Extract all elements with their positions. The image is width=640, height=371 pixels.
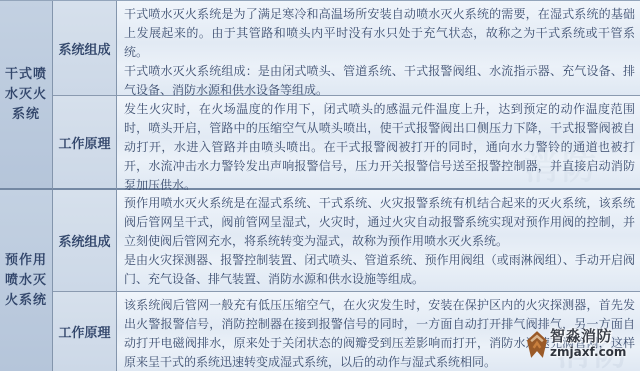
paragraph: 发生火灾时，在火场温度的作用下，闭式喷头的感温元件温度上升，达到预定的动作温度范… [124, 100, 635, 195]
paragraph: 干式喷水灭火系统是为了满足寒冷和高温场所安装自动喷水灭火系统的需要，在湿式系统的… [124, 5, 635, 62]
row-label-dry-composition: 系统组成 [53, 1, 117, 96]
system-name-preaction: 预作用喷水灭火系统 [4, 251, 48, 311]
paragraph: 是由火灾探测器、报警控制装置、闭式喷头、管道系统、预作用阀组（或雨淋阀组）、手动… [124, 251, 635, 289]
system-cell-preaction: 预作用喷水灭火系统 [0, 190, 53, 371]
row-label-dry-principle: 工作原理 [53, 96, 117, 190]
systems-comparison-table: 干式喷水灭火系统 系统组成 干式喷水灭火系统是为了满足寒冷和高温场所安装自动喷水… [0, 0, 640, 371]
row-label-preaction-principle: 工作原理 [53, 292, 117, 371]
watermark-text-block: 智淼消防 zmjaxf.com [550, 329, 626, 358]
watermark-url: zmjaxf.com [550, 346, 626, 358]
system-name-dry: 干式喷水灭火系统 [4, 65, 48, 125]
system-cell-dry: 干式喷水灭火系统 [0, 1, 53, 190]
content-preaction-composition: 预作用喷水灭火系统是在湿式系统、干式系统、火灾报警系统有机结合起来的灭火系统，该… [117, 190, 640, 292]
watermark-logo-icon [527, 331, 547, 358]
row-label-preaction-composition: 系统组成 [53, 190, 117, 292]
fire-sprinkler-systems-table-page: 干式喷水灭火系统 系统组成 干式喷水灭火系统是为了满足寒冷和高温场所安装自动喷水… [0, 0, 640, 371]
content-dry-composition: 干式喷水灭火系统是为了满足寒冷和高温场所安装自动喷水灭火系统的需要，在湿式系统的… [117, 1, 640, 96]
paragraph: 干式喷水灭火系统组成：是由闭式喷头、管道系统、干式报警阀组、水流指示器、充气设备… [124, 62, 635, 100]
paragraph: 预作用喷水灭火系统是在湿式系统、干式系统、火灾报警系统有机结合起来的灭火系统，该… [124, 194, 635, 251]
watermark-brand: 智淼消防 [550, 329, 626, 344]
content-dry-principle: 发生火灾时，在火场温度的作用下，闭式喷头的感温元件温度上升，达到预定的动作温度范… [117, 96, 640, 190]
watermark: 智淼消防 zmjaxf.com [527, 329, 626, 358]
